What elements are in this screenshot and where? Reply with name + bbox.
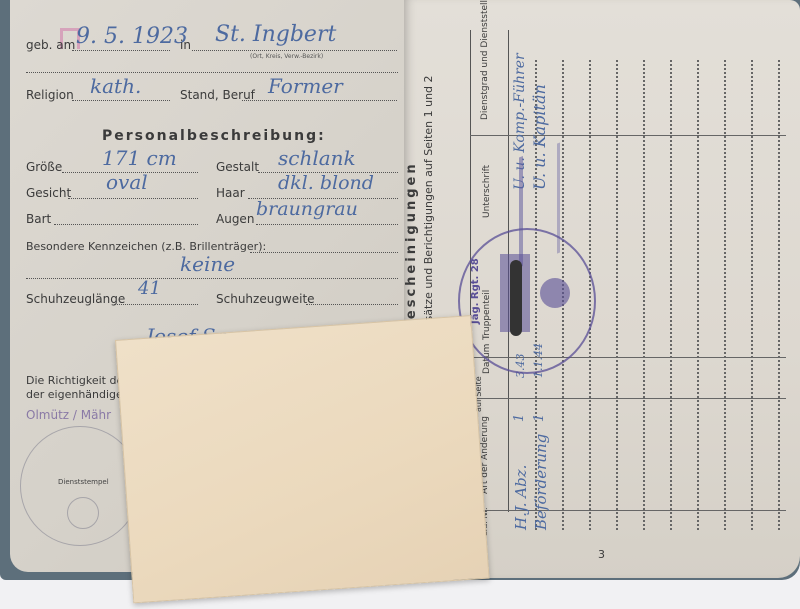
page-number: 3 [598, 548, 605, 561]
redaction-bar [510, 260, 522, 336]
certification-line-1: Die Richtigkeit der [26, 374, 128, 387]
eyes-value: braungrau [256, 198, 358, 220]
shoe-length-line [114, 304, 198, 305]
entry-column [643, 60, 645, 530]
column-header-signature: Unterschrift [482, 165, 492, 218]
build-label: Gestalt [216, 160, 259, 174]
build-value: schlank [278, 146, 356, 170]
envelope-insert [115, 315, 490, 603]
page-subtitle: Zusätze und Berichtigungen auf Seiten 1 … [422, 75, 435, 336]
marks-value: keine [180, 252, 235, 276]
face-label: Gesicht [26, 186, 71, 200]
religion-line [72, 100, 170, 101]
marks-line [250, 252, 398, 253]
shoe-width-line [306, 304, 398, 305]
height-value: 171 cm [102, 146, 177, 170]
section-title: Personalbeschreibung: [102, 128, 326, 144]
born-value: 9. 5. 1923 [76, 24, 188, 49]
row-1-page: 1 [512, 414, 527, 422]
religion-label: Religion [26, 88, 74, 102]
place-line-2 [26, 72, 398, 73]
office-stamp-text: Olmütz / Mähr [26, 408, 111, 422]
place-hint: (Ort, Kreis, Verw.-Bezirk) [250, 53, 323, 60]
eyes-line [256, 224, 398, 225]
seal-label: Dienststempel [58, 478, 109, 486]
eagle-emblem-icon [67, 497, 99, 529]
row-1-change: H.J. Abz. [512, 465, 530, 530]
hair-value: dkl. blond [278, 172, 374, 194]
occupation-line [242, 100, 397, 101]
shoe-width-label: Schuhzeugweite [216, 292, 315, 306]
place-line [192, 50, 397, 51]
row-2-change: Beförderung [532, 434, 550, 530]
row-2-page: 1 [532, 414, 547, 422]
eyes-label: Augen [216, 212, 254, 226]
entry-column [697, 60, 699, 530]
height-label: Größe [26, 160, 62, 174]
unit-stamp-text: Jäg. Rgt. 28 [470, 258, 481, 324]
shoe-length-label: Schuhzeuglänge [26, 292, 125, 306]
place-label: in [180, 38, 191, 52]
hair-label: Haar [216, 186, 245, 200]
face-line [68, 198, 198, 199]
face-value: oval [106, 170, 148, 194]
born-line [72, 50, 170, 51]
entry-column [670, 60, 672, 530]
place-value: St. Ingbert [215, 22, 336, 47]
occupation-value: Former [268, 74, 343, 98]
religion-value: kath. [90, 74, 141, 98]
beard-label: Bart [26, 212, 51, 226]
column-header-rank: Dienstgrad und Dienststellung [480, 0, 490, 120]
entry-column [751, 60, 753, 530]
entry-column [616, 60, 618, 530]
entry-column [778, 60, 780, 530]
row-divider [470, 398, 786, 399]
certification-line-2: der eigenhändigen [26, 388, 130, 401]
beard-line [54, 224, 198, 225]
marks-line-2 [26, 278, 398, 279]
entry-column [724, 60, 726, 530]
page-title: Bescheinigungen [404, 161, 419, 332]
wreath-emblem-icon [540, 278, 570, 308]
born-label: geb. am [26, 38, 75, 52]
shoe-length-value: 41 [138, 278, 161, 299]
